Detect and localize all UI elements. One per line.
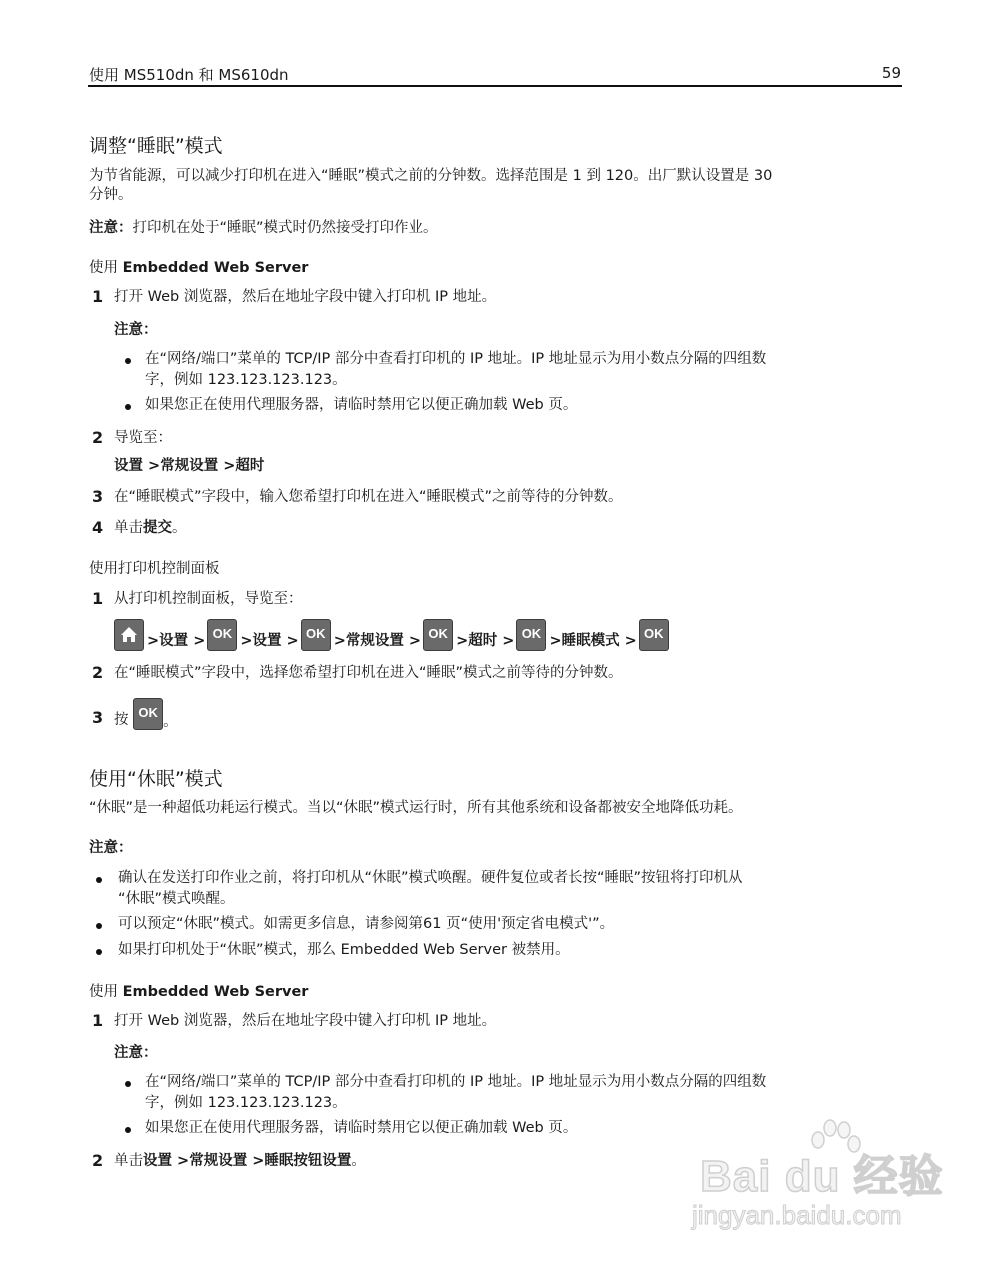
step-text: 打开 Web 浏览器，然后在地址字段中键入打印机 IP 地址。: [114, 1011, 904, 1032]
bullet-item: 在“网络/端口”菜单的 TCP/IP 部分中查看打印机的 IP 地址。IP 地址…: [145, 349, 766, 391]
step-number: 3: [92, 708, 103, 727]
sleep-note: 注意：打印机在处于“睡眠”模式时仍然接受打印作业。: [89, 218, 904, 239]
control-panel-nav-path: >设置 >OK>设置 >OK>常规设置 >OK>超时 >OK>睡眠模式 >OK: [114, 619, 669, 651]
bullet-line: 确认在发送打印作业之前，将打印机从“休眠”模式唤醒。硬件复位或者长按“睡眠”按钮…: [118, 868, 743, 889]
paw-icon: [804, 1118, 864, 1168]
step-number: 1: [92, 589, 103, 608]
step-text: 导览至：: [114, 428, 904, 449]
step-text: 在“睡眠模式”字段中，输入您希望打印机在进入“睡眠模式”之前等待的分钟数。: [114, 487, 904, 508]
bullet-icon: [96, 923, 102, 929]
running-header-title: 使用 MS510dn 和 MS610dn: [89, 64, 289, 85]
text: 。: [172, 520, 187, 536]
ok-button: OK: [133, 698, 163, 730]
step-text: 单击提交。: [114, 518, 904, 539]
text: 单击: [114, 520, 143, 536]
heading-prefix: 使用: [89, 984, 123, 1000]
page-number: 59: [882, 64, 901, 82]
bullet-line: 字，例如 123.123.123.123。: [145, 1093, 766, 1114]
section-title-hibernate-mode: 使用“休眠”模式: [89, 764, 223, 791]
note-label: 注意：: [89, 220, 133, 236]
ok-button: OK: [639, 619, 669, 651]
text: 。: [163, 714, 178, 730]
bullet-line: “休眠”模式唤醒。: [118, 889, 743, 910]
hibernate-intro: “休眠”是一种超低功耗运行模式。当以“休眠”模式运行时，所有其他系统和设备都被安…: [89, 798, 904, 819]
bullet-icon: [125, 1127, 131, 1133]
nav-segment: >常规设置 >: [331, 631, 423, 651]
section-title-sleep-mode: 调整“睡眠”模式: [89, 131, 223, 158]
home-button: [114, 619, 144, 651]
bullet-line: 在“网络/端口”菜单的 TCP/IP 部分中查看打印机的 IP 地址。IP 地址…: [145, 1072, 766, 1093]
step-number: 3: [92, 487, 103, 506]
text: 。: [351, 1153, 366, 1169]
step-text: 从打印机控制面板，导览至：: [114, 589, 904, 610]
watermark-url: jingyan.baidu.com: [692, 1200, 944, 1231]
step-number: 2: [92, 1151, 103, 1170]
bullet-item: 如果您正在使用代理服务器，请临时禁用它以便正确加载 Web 页。: [145, 395, 577, 416]
bullet-item: 确认在发送打印作业之前，将打印机从“休眠”模式唤醒。硬件复位或者长按“睡眠”按钮…: [118, 868, 743, 910]
note-label: 注意：: [89, 838, 904, 859]
step-text: 打开 Web 浏览器，然后在地址字段中键入打印机 IP 地址。: [114, 287, 904, 308]
note-label: 注意：: [114, 1043, 904, 1064]
ok-button: OK: [516, 619, 546, 651]
home-icon: [115, 620, 143, 650]
step-number: 1: [92, 1011, 103, 1030]
bullet-icon: [125, 1081, 131, 1087]
heading-bold: Embedded Web Server: [123, 984, 309, 1000]
header-rule: [88, 85, 902, 87]
ok-button: OK: [423, 619, 453, 651]
sleep-intro-line2: 分钟。: [89, 185, 904, 206]
subheading-ews-1: 使用 Embedded Web Server: [89, 256, 308, 277]
sleep-intro-line1: 为节省能源，可以减少打印机在进入“睡眠”模式之前的分钟数。选择范围是 1 到 1…: [89, 166, 904, 187]
nav-path: 设置 >常规设置 >超时: [114, 456, 904, 477]
step-number: 1: [92, 287, 103, 306]
nav-segment: >超时 >: [453, 631, 516, 651]
bullet-icon: [96, 877, 102, 883]
bullet-item: 在“网络/端口”菜单的 TCP/IP 部分中查看打印机的 IP 地址。IP 地址…: [145, 1072, 766, 1114]
bullet-item: 如果您正在使用代理服务器，请临时禁用它以便正确加载 Web 页。: [145, 1118, 577, 1139]
nav-path: 设置 >常规设置 >睡眠按钮设置: [143, 1153, 351, 1169]
note-label: 注意：: [114, 320, 904, 341]
bullet-icon: [96, 949, 102, 955]
submit-label: 提交: [143, 520, 172, 536]
nav-segment: >设置 >: [144, 631, 207, 651]
bullet-icon: [125, 358, 131, 364]
bullet-item: 如果打印机处于“休眠”模式，那么 Embedded Web Server 被禁用…: [118, 940, 570, 961]
ok-button: OK: [207, 619, 237, 651]
text: 按: [114, 710, 129, 730]
heading-bold: Embedded Web Server: [123, 260, 309, 276]
step-number: 2: [92, 428, 103, 447]
bullet-icon: [125, 404, 131, 410]
note-text: 打印机在处于“睡眠”模式时仍然接受打印作业。: [133, 220, 438, 236]
step-number: 2: [92, 663, 103, 682]
bullet-item: 可以预定“休眠”模式。如需更多信息，请参阅第61 页“使用'预定省电模式'”。: [118, 914, 614, 935]
bullet-line: 在“网络/端口”菜单的 TCP/IP 部分中查看打印机的 IP 地址。IP 地址…: [145, 349, 766, 370]
heading-prefix: 使用: [89, 260, 123, 276]
step-text: 按 OK。: [114, 698, 904, 730]
subheading-control-panel: 使用打印机控制面板: [89, 557, 220, 578]
nav-segment: >睡眠模式 >: [546, 631, 638, 651]
nav-segment: >设置 >: [237, 631, 300, 651]
subheading-ews-2: 使用 Embedded Web Server: [89, 980, 308, 1001]
ok-button: OK: [301, 619, 331, 651]
step-number: 4: [92, 518, 103, 537]
step-text: 在“睡眠模式”字段中，选择您希望打印机在进入“睡眠”模式之前等待的分钟数。: [114, 663, 904, 684]
bullet-line: 字，例如 123.123.123.123。: [145, 370, 766, 391]
baidu-watermark: Bai du 经验 jingyan.baidu.com: [700, 1140, 944, 1231]
text: 单击: [114, 1153, 143, 1169]
